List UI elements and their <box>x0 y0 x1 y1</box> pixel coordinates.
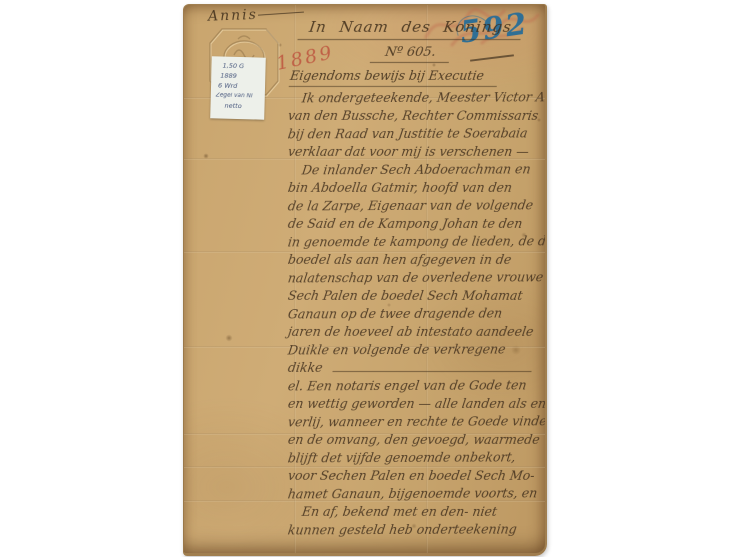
manuscript-line: jaren de hoeveel ab intestato aandeele <box>287 323 542 341</box>
deed-subject-text: Eigendoms bewijs bij Executie <box>289 68 500 87</box>
manuscript-line: verklaar dat voor mij is verschenen — <box>287 143 542 161</box>
archive-label-line: netto <box>224 101 261 112</box>
manuscript-line: Sech Palen de boedel Sech Mohamat <box>287 287 542 305</box>
deed-title: In Naam des Konings <box>297 18 523 40</box>
document-page: Annis 1,50 G18896 WrdZegel van NInetto 1… <box>183 4 547 556</box>
manuscript-line: van den Bussche, Rechter Commissaris <box>287 107 542 125</box>
manuscript-line: Ganaun op de twee dragende den <box>287 304 542 323</box>
archive-label-line: Zegel van NI <box>216 90 262 101</box>
manuscript-line: nalatenschap van de overledene vrouwe <box>287 268 542 287</box>
flourish-line <box>258 12 304 16</box>
manuscript-line: en wettig geworden — alle landen als en <box>287 395 542 413</box>
manuscript-line: bij den Raad van Justitie te Soerabaia <box>287 124 542 143</box>
manuscript-body: Ik ondergeteekende, Meester Victor Alber… <box>288 89 540 539</box>
deed-header: In Naam des Konings Nº 605. <box>288 17 532 63</box>
manuscript-line: Ik ondergeteekende, Meester Victor Alber… <box>287 88 542 107</box>
manuscript-line: voor Sechen Palen en boedel Sech Mo- <box>287 467 542 485</box>
manuscript-line: En af, bekend met en den- niet <box>287 503 542 521</box>
manuscript-line: en de omvang, den gevoegd, waarmede <box>287 431 542 449</box>
manuscript-line: de Said en de Kampong Johan te den <box>287 215 542 233</box>
manuscript-line: dikke <box>287 359 542 377</box>
manuscript-line: kunnen gesteld heb onderteekening <box>287 520 542 539</box>
manuscript-line: bin Abdoella Gatmir, hoofd van den <box>287 179 542 197</box>
manuscript-line: in genoemde te kampong de lieden, de den <box>287 232 542 251</box>
manuscript-line: hamet Ganaun, bijgenoemde voorts, en <box>287 484 542 503</box>
corner-annotation-text: Annis <box>208 7 258 25</box>
manuscript-line: el. Een notaris engel van de Gode ten <box>287 376 542 395</box>
manuscript-line: Duikle en volgende de verkregene <box>287 340 542 359</box>
ink-rule-line <box>332 371 532 372</box>
deed-subject: Eigendoms bewijs bij Executie <box>290 65 520 87</box>
manuscript-line: de la Zarpe, Eigenaar van de volgende <box>287 196 542 215</box>
deed-number: Nº 605. <box>369 45 450 63</box>
manuscript-line: blijft det vijfde genoemde onbekort, <box>287 448 542 467</box>
manuscript-line: boedel als aan hen afgegeven in de <box>287 251 542 269</box>
manuscript-line: verlij, wanneer en rechte te Goede vinde… <box>287 412 542 431</box>
photo-background: Annis 1,50 G18896 WrdZegel van NInetto 1… <box>0 0 740 557</box>
archive-label: 1,50 G18896 WrdZegel van NInetto <box>210 56 266 119</box>
manuscript-line: De inlander Sech Abdoerachman en <box>287 160 542 179</box>
